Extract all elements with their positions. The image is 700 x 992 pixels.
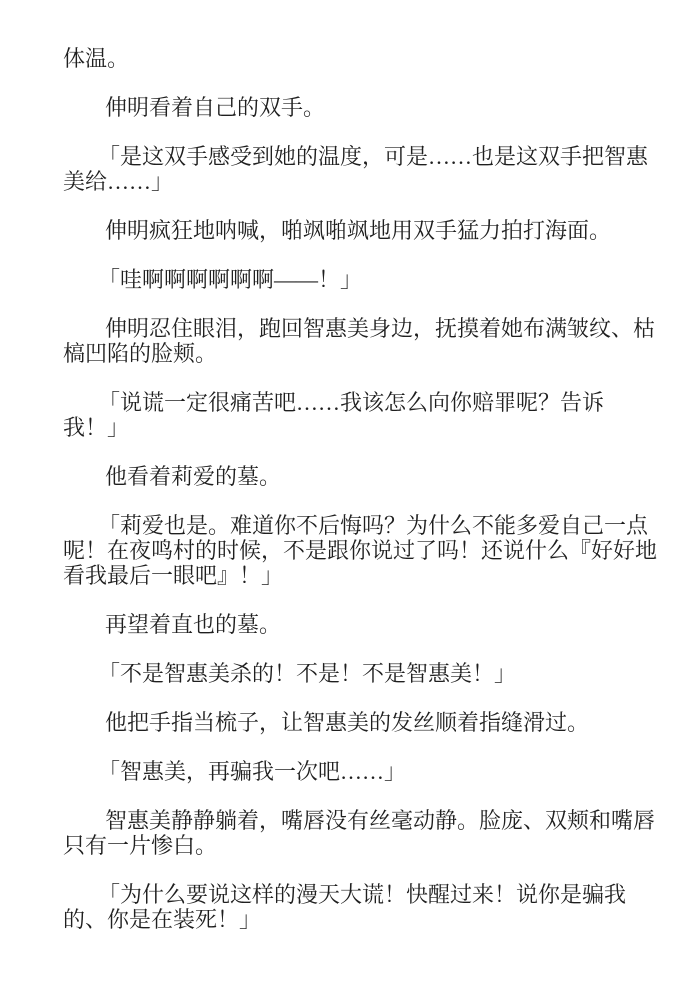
paragraph: 再望着直也的墓。 — [63, 612, 665, 637]
text-line: 呢！在夜鸣村的时候，不是跟你说过了吗！还说什么『好好地 — [63, 538, 657, 563]
text-line: 他把手指当梳子，让智惠美的发丝顺着指缝滑过。 — [105, 710, 589, 735]
text-line: 美给……」 — [63, 169, 173, 194]
text-line: 「是这双手感受到她的温度，可是……也是这双手把智惠 — [98, 144, 648, 169]
text-line: 「说谎一定很痛苦吧……我该怎么向你赔罪呢？告诉 — [98, 390, 604, 415]
paragraph: 「为什么要说这样的漫天大谎！快醒过来！说你是骗我的、你是在装死！」 — [63, 882, 665, 932]
text-line: 智惠美静静躺着，嘴唇没有丝毫动静。脸庞、双颊和嘴唇 — [105, 808, 655, 833]
paragraph: 「莉爱也是。难道你不后悔吗？为什么不能多爱自己一点呢！在夜鸣村的时候，不是跟你说… — [63, 513, 665, 588]
text-line: 「哇啊啊啊啊啊啊——！」 — [98, 267, 362, 292]
text-line: 「为什么要说这样的漫天大谎！快醒过来！说你是骗我 — [98, 882, 626, 907]
text-line: 伸明看着自己的双手。 — [105, 95, 325, 120]
paragraph: 伸明看着自己的双手。 — [63, 95, 665, 120]
text-line: 「不是智惠美杀的！不是！不是智惠美！」 — [98, 661, 516, 686]
text-line: 他看着莉爱的墓。 — [105, 464, 281, 489]
paragraph: 伸明忍住眼泪，跑回智惠美身边，抚摸着她布满皱纹、枯槁凹陷的脸颊。 — [63, 316, 665, 366]
text-line: 只有一片惨白。 — [63, 833, 217, 858]
text-line: 我！」 — [63, 415, 129, 440]
paragraph: 伸明疯狂地呐喊，啪飒啪飒地用双手猛力拍打海面。 — [63, 218, 665, 243]
text-line: 槁凹陷的脸颊。 — [63, 341, 217, 366]
paragraph: 他把手指当梳子，让智惠美的发丝顺着指缝滑过。 — [63, 710, 665, 735]
paragraph: 智惠美静静躺着，嘴唇没有丝毫动静。脸庞、双颊和嘴唇只有一片惨白。 — [63, 808, 665, 858]
paragraph: 「是这双手感受到她的温度，可是……也是这双手把智惠美给……」 — [63, 144, 665, 194]
paragraph: 「哇啊啊啊啊啊啊——！」 — [63, 267, 665, 292]
paragraph: 「智惠美，再骗我一次吧……」 — [63, 759, 665, 784]
paragraph: 体温。 — [63, 46, 665, 71]
text-line: 再望着直也的墓。 — [105, 612, 281, 637]
text-line: 「莉爱也是。难道你不后悔吗？为什么不能多爱自己一点 — [98, 513, 648, 538]
paragraph: 「不是智惠美杀的！不是！不是智惠美！」 — [63, 661, 665, 686]
book-page: 体温。伸明看着自己的双手。「是这双手感受到她的温度，可是……也是这双手把智惠美给… — [0, 0, 700, 992]
paragraph: 他看着莉爱的墓。 — [63, 464, 665, 489]
page-text-content: 体温。伸明看着自己的双手。「是这双手感受到她的温度，可是……也是这双手把智惠美给… — [63, 0, 665, 932]
text-line: 「智惠美，再骗我一次吧……」 — [98, 759, 406, 784]
text-line: 看我最后一眼吧』！」 — [63, 563, 283, 588]
text-line: 伸明疯狂地呐喊，啪飒啪飒地用双手猛力拍打海面。 — [105, 218, 611, 243]
text-line: 体温。 — [63, 46, 129, 71]
text-line: 的、你是在装死！」 — [63, 907, 261, 932]
paragraph: 「说谎一定很痛苦吧……我该怎么向你赔罪呢？告诉我！」 — [63, 390, 665, 440]
text-line: 伸明忍住眼泪，跑回智惠美身边，抚摸着她布满皱纹、枯 — [105, 316, 655, 341]
